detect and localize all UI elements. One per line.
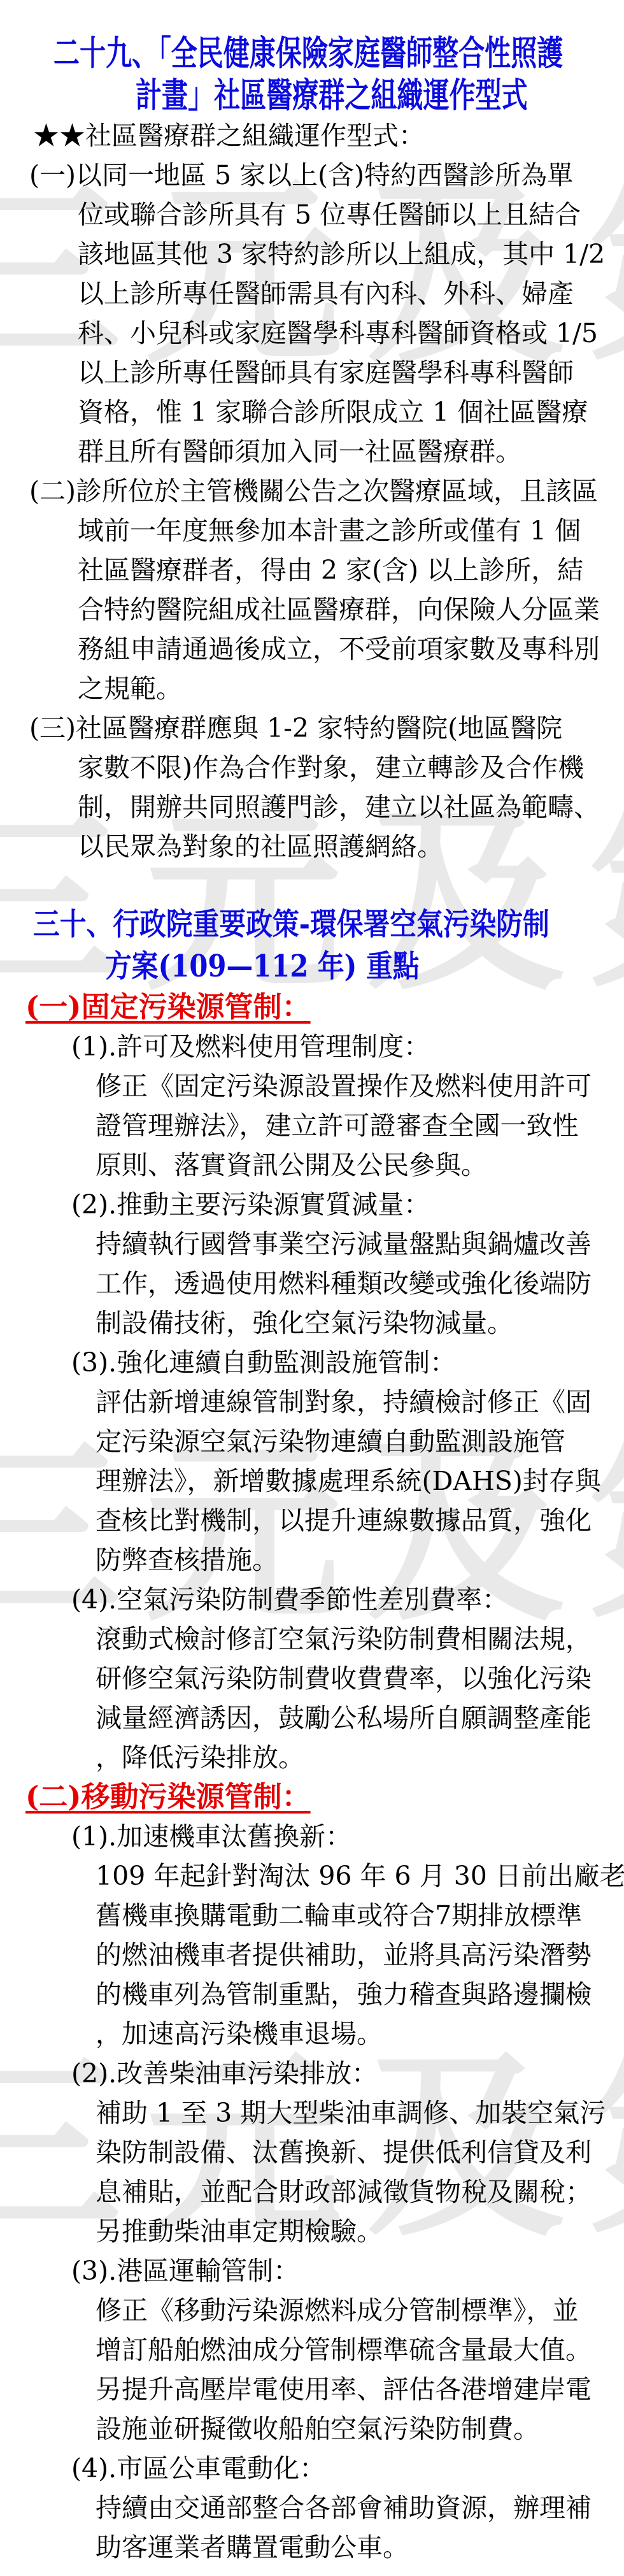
section-29-title-text-1: 二十九、「全民健康保險家庭醫師整合性照護 [53,32,563,74]
s30-sub1-item-4-line-1: 滾動式檢討修訂空氣污染防制費相關法規， [0,1619,624,1659]
s30-sub2-item-2-line-3: 息補貼，並配合財政部減徵貨物稅及關稅； [0,2172,624,2212]
s30-sub2-item-3-heading: (3).港區運輸管制： [0,2251,624,2291]
s30-sub2-item-3-line-4: 設施並研擬徵收船舶空氣污染防制費。 [0,2409,624,2449]
section-29-title-line-2: 計畫」社區醫療群之組織運作型式 [0,74,624,116]
s30-sub2-item-2-line-2: 染防制設備、汰舊換新、提供低利信貸及利 [0,2133,624,2172]
section-30-title-text-1: 三十、行政院重要政策-環保署空氣污染防制 [33,903,550,945]
s30-sub2-item-1-heading: (1).加速機車汰舊換新： [0,1817,624,1856]
s30-sub1-item-2-line-3: 制設備技術，強化空氣污染物減量。 [0,1303,624,1343]
section-30-title-line-2: 方案(109—112 年) 重點 [0,945,624,987]
s30-sub1-item-2-heading: (2).推動主要污染源實質減量： [0,1185,624,1224]
section-30-title-text-2: 方案(109—112 年) 重點 [105,945,420,987]
s30-sub1-item-4-line-4: ，降低污染排放。 [0,1738,624,1777]
s30-sub2-item-1-line-2: 舊機車換購電動二輪車或符合7期排放標準 [0,1896,624,1935]
s30-sub2-item-4-line-1: 持續由交通部整合各部會補助資源，辦理補 [0,2488,624,2528]
s30-sub2-item-2-line-1: 補助 1 至 3 期大型柴油車調修、加裝空氣污 [0,2093,624,2133]
s30-sub1-item-1-line-2: 證管理辦法》，建立許可證審查全國一致性 [0,1106,624,1145]
s29-item-1-line-3: 該地區其他 3 家特約診所以上組成，其中 1/2 [0,234,624,274]
s30-sub2-item-2-line-4: 另推動柴油車定期檢驗。 [0,2212,624,2251]
s30-sub1-item-2-line-2: 工作，透過使用燃料種類改變或強化後端防 [0,1264,624,1303]
s30-sub1-item-3-heading: (3).強化連續自動監測設施管制： [0,1343,624,1382]
s29-item-2-line-3: 社區醫療群者，得由 2 家(含) 以上診所，結 [0,550,624,590]
s29-item-1-line-8: 群且所有醫師須加入同一社區醫療群。 [0,432,624,471]
s30-sub1-item-2-line-1: 持續執行國營事業空污減量盤點與鍋爐改善 [0,1224,624,1264]
s30-sub1-item-1-line-1: 修正《固定污染源設置操作及燃料使用許可 [0,1066,624,1106]
s29-item-1-line-4: 以上診所專任醫師需具有內科、外科、婦產 [0,274,624,313]
s30-sub1-item-4-line-2: 研修空氣污染防制費收費費率，以強化污染 [0,1659,624,1698]
document-page: 三元及第 三元及第 三元及第 三元及第 二十九、「全民健康保險家庭醫師整合性照護… [0,0,624,2576]
s30-sub2-item-3-line-1: 修正《移動污染源燃料成分管制標準》，並 [0,2291,624,2330]
s30-sub2-item-4-heading: (4).市區公車電動化： [0,2449,624,2488]
s29-item-1-line-2: 位或聯合診所具有 5 位專任醫師以上且結合 [0,195,624,234]
s30-sub1-item-4-heading: (4).空氣污染防制費季節性差別費率： [0,1580,624,1619]
s29-item-3-line-3: 制，開辦共同照護門診，建立以社區為範疇、 [0,787,624,827]
s29-item-1-line-5: 科、小兒科或家庭醫學科專科醫師資格或 1/5 [0,313,624,353]
s29-item-3-line-1: (三)社區醫療群應與 1-2 家特約醫院(地區醫院 [0,708,624,748]
s30-sub1-item-3-line-3: 理辦法》，新增數據處理系統(DAHS)封存與 [0,1461,624,1501]
s30-sub2-item-4-line-2: 助客運業者購置電動公車。 [0,2528,624,2567]
s30-sub-1-heading: (一)固定污染源管制： [0,987,624,1027]
s30-sub-2-heading-text: (二)移動污染源管制： [25,1780,311,1814]
s29-item-3-line-2: 家數不限)作為合作對象，建立轉診及合作機 [0,748,624,787]
s29-item-2-line-2: 域前一年度無參加本計畫之診所或僅有 1 個 [0,511,624,550]
s30-sub2-item-1-line-3: 的燃油機車者提供補助，並將具高污染潛勢 [0,1935,624,1975]
section-30-title-line-1: 三十、行政院重要政策-環保署空氣污染防制 [0,903,624,945]
s30-sub1-item-1-heading: (1).許可及燃料使用管理制度： [0,1027,624,1066]
s30-sub2-item-2-heading: (2).改善柴油車污染排放： [0,2054,624,2093]
s29-item-3-line-4: 以民眾為對象的社區照護網絡。 [0,827,624,866]
s30-sub2-item-3-line-2: 增訂船舶燃油成分管制標準硫含量最大值。 [0,2330,624,2370]
star-heading: ★★社區醫療群之組織運作型式： [0,116,624,155]
s30-sub1-item-3-line-4: 查核比對機制，以提升連線數據品質，強化 [0,1501,624,1540]
s30-sub-2-heading: (二)移動污染源管制： [0,1777,624,1817]
s29-item-1-line-1: (一)以同一地區 5 家以上(含)特約西醫診所為單 [0,155,624,195]
section-gap [0,866,624,903]
s29-item-2-line-6: 之規範。 [0,669,624,708]
s30-sub1-item-4-line-3: 減量經濟誘因，鼓勵公私場所自願調整產能 [0,1698,624,1738]
s30-sub1-item-1-line-3: 原則、落實資訊公開及公民參與。 [0,1145,624,1185]
s30-sub-1-heading-text: (一)固定污染源管制： [25,990,311,1024]
s30-sub2-item-1-line-1: 109 年起針對淘汰 96 年 6 月 30 日前出廠老 [0,1856,624,1896]
s30-sub2-item-1-line-5: ，加速高污染機車退場。 [0,2014,624,2054]
s30-sub2-item-3-line-3: 另提升高壓岸電使用率、評估各港增建岸電 [0,2370,624,2409]
s30-sub2-item-1-line-4: 的機車列為管制重點，強力稽查與路邊攔檢 [0,1975,624,2014]
section-29-title-line-1: 二十九、「全民健康保險家庭醫師整合性照護 [0,32,624,74]
document-content: 二十九、「全民健康保險家庭醫師整合性照護 計畫」社區醫療群之組織運作型式 ★★社… [0,0,624,2567]
s29-item-2-line-1: (二)診所位於主管機關公告之次醫療區域，且該區 [0,471,624,511]
s30-sub1-item-3-line-2: 定污染源空氣污染物連續自動監測設施管 [0,1422,624,1461]
s30-sub1-item-3-line-5: 防弊查核措施。 [0,1540,624,1580]
s29-item-1-line-7: 資格，惟 1 家聯合診所限成立 1 個社區醫療 [0,392,624,432]
s30-sub1-item-3-line-1: 評估新增連線管制對象，持續檢討修正《固 [0,1382,624,1422]
s29-item-2-line-5: 務組申請通過後成立，不受前項家數及專科別 [0,629,624,669]
s29-item-1-line-6: 以上診所專任醫師具有家庭醫學科專科醫師 [0,353,624,392]
s29-item-2-line-4: 合特約醫院組成社區醫療群，向保險人分區業 [0,590,624,629]
section-29-title-text-2: 計畫」社區醫療群之組織運作型式 [136,74,528,116]
